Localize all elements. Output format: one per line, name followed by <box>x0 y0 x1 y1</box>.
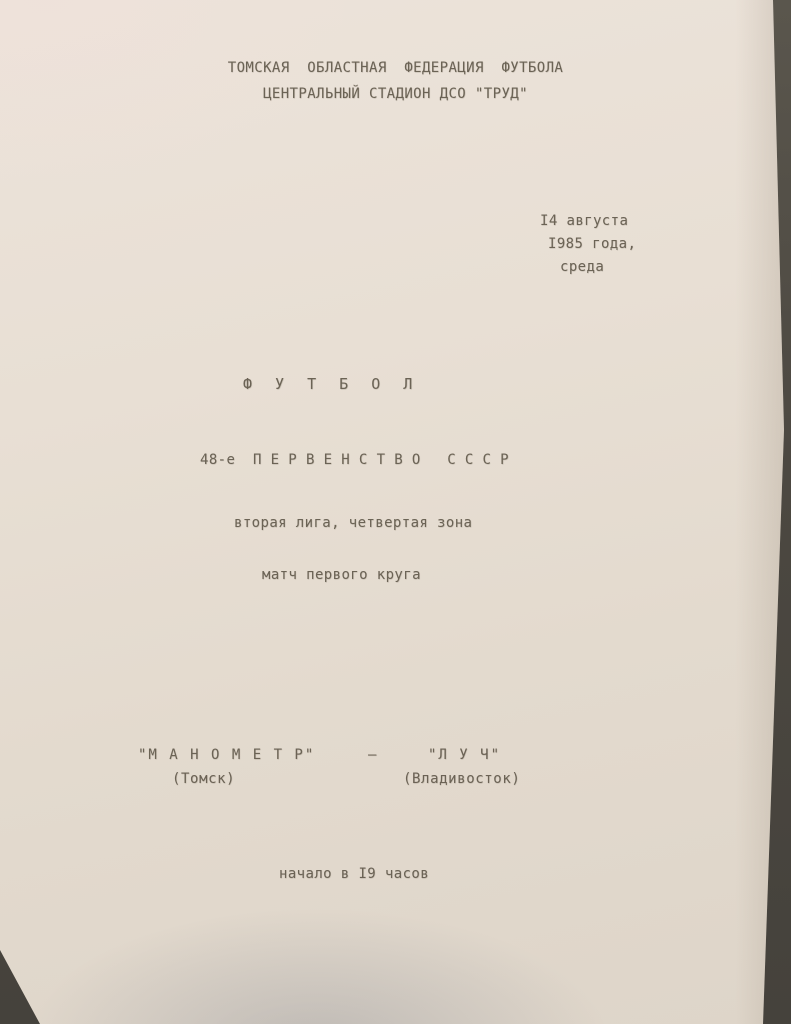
kickoff-time: начало в I9 часов <box>279 861 429 887</box>
federation-title: ТОМСКАЯ ОБЛАСТНАЯ ФЕДЕРАЦИЯ ФУТБОЛА <box>0 55 791 81</box>
round-line: матч первого круга <box>262 562 421 588</box>
teams-separator: – <box>368 742 377 768</box>
match-date-weekday: среда <box>560 254 604 280</box>
league-line: вторая лига, четвертая зона <box>234 510 472 536</box>
away-team-city: (Владивосток) <box>403 766 520 792</box>
away-team-name: "Л У Ч" <box>428 742 501 768</box>
championship-title: 48-е П Е Р В Е Н С Т В О С С С Р <box>200 447 509 473</box>
page-paper: ТОМСКАЯ ОБЛАСТНАЯ ФЕДЕРАЦИЯ ФУТБОЛА ЦЕНТ… <box>0 0 791 1024</box>
home-team-city: (Томск) <box>172 766 235 792</box>
home-team-name: "М А Н О М Е Т Р" <box>138 742 315 768</box>
sport-title: Ф У Т Б О Л <box>243 371 419 397</box>
stadium-line: ЦЕНТРАЛЬНЫЙ СТАДИОН ДСО "ТРУД" <box>0 81 791 107</box>
programme-scan: ТОМСКАЯ ОБЛАСТНАЯ ФЕДЕРАЦИЯ ФУТБОЛА ЦЕНТ… <box>0 0 791 1024</box>
